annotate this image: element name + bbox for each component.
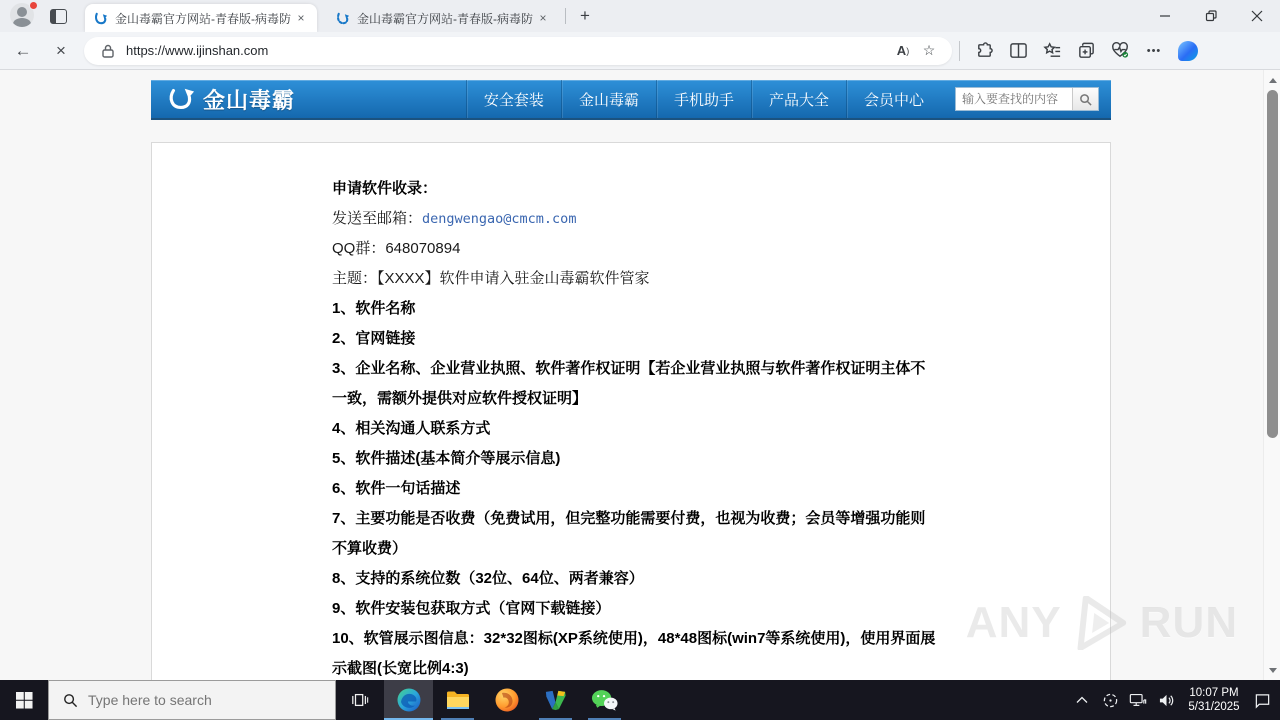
file-explorer-icon (445, 688, 471, 712)
content-card: 申请软件收录：发送至邮箱：dengwengao@cmcm.comQQ群：6480… (151, 142, 1111, 680)
notification-badge (29, 1, 38, 10)
lock-icon (102, 44, 114, 58)
firefox-icon (494, 687, 520, 713)
system-tray: 10:07 PM 5/31/2025 (1070, 680, 1280, 720)
copilot-icon[interactable] (1171, 36, 1205, 66)
site-logo-text: 金山毒霸 (203, 84, 295, 115)
task-view-button[interactable] (336, 680, 384, 720)
scrollbar-thumb[interactable] (1267, 90, 1278, 438)
edge-icon (396, 687, 422, 713)
browser-titlebar: 金山毒霸官方网站-青春版-病毒防 × 金山毒霸官方网站-青春版-病毒防 × + (0, 0, 1280, 32)
taskbar-search-box[interactable] (48, 680, 336, 720)
scroll-down-icon[interactable] (1264, 662, 1280, 678)
collections-icon[interactable] (1069, 36, 1103, 66)
action-center-icon[interactable] (1250, 680, 1274, 720)
favorite-star-icon[interactable]: ☆ (916, 38, 942, 64)
taskbar-app-wechat[interactable] (580, 680, 629, 720)
split-screen-icon[interactable] (1001, 36, 1035, 66)
content-line: 5、软件描述(基本简介等展示信息) (332, 444, 938, 474)
taskbar-app-edge[interactable] (384, 680, 433, 720)
article: 申请软件收录：发送至邮箱：dengwengao@cmcm.comQQ群：6480… (152, 143, 938, 680)
tab-favicon-swoosh-icon (93, 11, 108, 26)
site-search-input[interactable] (956, 89, 1072, 109)
taskbar: 10:07 PM 5/31/2025 (0, 680, 1280, 720)
content-line: 1、软件名称 (332, 294, 938, 324)
minimize-button[interactable] (1142, 0, 1188, 32)
content-line: QQ群：648070894 (332, 234, 938, 264)
tab-close-icon[interactable]: × (535, 10, 551, 26)
taskbar-app-antivirus-shield[interactable] (531, 680, 580, 720)
nav-item-duba[interactable]: 金山毒霸 (561, 80, 656, 118)
site-logo[interactable]: 金山毒霸 (165, 84, 295, 115)
page-scrollbar[interactable] (1263, 70, 1280, 680)
nav-item-all-products[interactable]: 产品大全 (751, 80, 846, 118)
content-line: 发送至邮箱：dengwengao@cmcm.com (332, 204, 938, 234)
content-line: 8、支持的系统位数（32位、64位、两者兼容） (332, 564, 938, 594)
page-viewport: 金山毒霸 安全套装 金山毒霸 手机助手 产品大全 会员中心 (0, 70, 1280, 680)
task-view-icon (351, 691, 369, 709)
browser-essentials-icon[interactable] (1103, 36, 1137, 66)
content-line: 7、主要功能是否收费（免费试用，但完整功能需要付费，也视为收费；会员等增强功能则… (332, 504, 938, 564)
profile-avatar[interactable] (10, 3, 36, 29)
antivirus-shield-icon (543, 688, 568, 713)
site-search-box (955, 87, 1099, 111)
windows-logo-icon (16, 692, 33, 709)
content-line: 主题：【XXXX】软件申请入驻金山毒霸软件管家 (332, 264, 938, 294)
taskbar-app-firefox[interactable] (482, 680, 531, 720)
tab-close-icon[interactable]: × (293, 10, 309, 26)
watermark-text-right: RUN (1140, 598, 1238, 648)
tray-time: 10:07 PM (1186, 686, 1242, 700)
scroll-up-icon[interactable] (1264, 72, 1280, 88)
site-nav: 安全套装 金山毒霸 手机助手 产品大全 会员中心 (466, 80, 941, 118)
nav-item-member-center[interactable]: 会员中心 (846, 80, 941, 118)
favorites-icon[interactable] (1035, 36, 1069, 66)
site-search-button[interactable] (1072, 88, 1098, 110)
start-button[interactable] (0, 680, 48, 720)
tray-date: 5/31/2025 (1186, 700, 1242, 714)
url-text[interactable]: https://www.ijinshan.com (126, 43, 890, 58)
stop-loading-button[interactable]: × (46, 36, 76, 66)
tray-volume-icon[interactable] (1154, 680, 1178, 720)
toolbar-divider (959, 41, 960, 61)
taskbar-search-input[interactable] (88, 692, 288, 708)
tray-clock[interactable]: 10:07 PM 5/31/2025 (1182, 686, 1246, 714)
read-aloud-icon[interactable]: A) (890, 38, 916, 64)
search-icon (1079, 93, 1092, 106)
wechat-icon (591, 688, 618, 712)
back-button[interactable]: ← (8, 36, 38, 66)
workspaces-icon[interactable] (50, 9, 67, 24)
tab-title: 金山毒霸官方网站-青春版-病毒防 (115, 10, 293, 27)
content-line: 2、官网链接 (332, 324, 938, 354)
extensions-icon[interactable] (967, 36, 1001, 66)
nav-item-security-suite[interactable]: 安全套装 (466, 80, 561, 118)
restore-button[interactable] (1188, 0, 1234, 32)
email-link[interactable]: dengwengao@cmcm.com (422, 211, 576, 227)
taskbar-app-file-explorer[interactable] (433, 680, 482, 720)
browser-tab-2[interactable]: 金山毒霸官方网站-青春版-病毒防 × (327, 4, 559, 32)
tray-ime-icon[interactable] (1098, 680, 1122, 720)
browser-toolbar: ← × https://www.ijinshan.com A) ☆ ••• (0, 32, 1280, 70)
new-tab-button[interactable]: + (572, 3, 598, 29)
address-bar[interactable]: https://www.ijinshan.com A) ☆ (84, 37, 952, 65)
close-button[interactable] (1234, 0, 1280, 32)
tab-divider (565, 8, 566, 24)
settings-more-icon[interactable]: ••• (1137, 36, 1171, 66)
content-line: 4、相关沟通人联系方式 (332, 414, 938, 444)
tray-network-icon[interactable] (1126, 680, 1150, 720)
browser-tab-1[interactable]: 金山毒霸官方网站-青春版-病毒防 × (85, 4, 317, 32)
content-line: 10、软管展示图信息：32*32图标(XP系统使用)，48*48图标(win7等… (332, 624, 938, 680)
tab-favicon-swoosh-icon (335, 11, 350, 26)
jinshan-swoosh-icon (165, 84, 195, 114)
content-line: 6、软件一句话描述 (332, 474, 938, 504)
tray-chevron-up-icon[interactable] (1070, 680, 1094, 720)
content-line: 3、企业名称、企业营业执照、软件著作权证明【若企业营业执照与软件著作权证明主体不… (332, 354, 938, 414)
content-line: 9、软件安装包获取方式（官网下载链接） (332, 594, 938, 624)
content-line: 申请软件收录： (332, 174, 938, 204)
nav-item-phone-assistant[interactable]: 手机助手 (656, 80, 751, 118)
tab-title: 金山毒霸官方网站-青春版-病毒防 (357, 10, 535, 27)
screen: 金山毒霸官方网站-青春版-病毒防 × 金山毒霸官方网站-青春版-病毒防 × + … (0, 0, 1280, 720)
site-header: 金山毒霸 安全套装 金山毒霸 手机助手 产品大全 会员中心 (151, 80, 1111, 120)
search-icon (63, 693, 78, 708)
